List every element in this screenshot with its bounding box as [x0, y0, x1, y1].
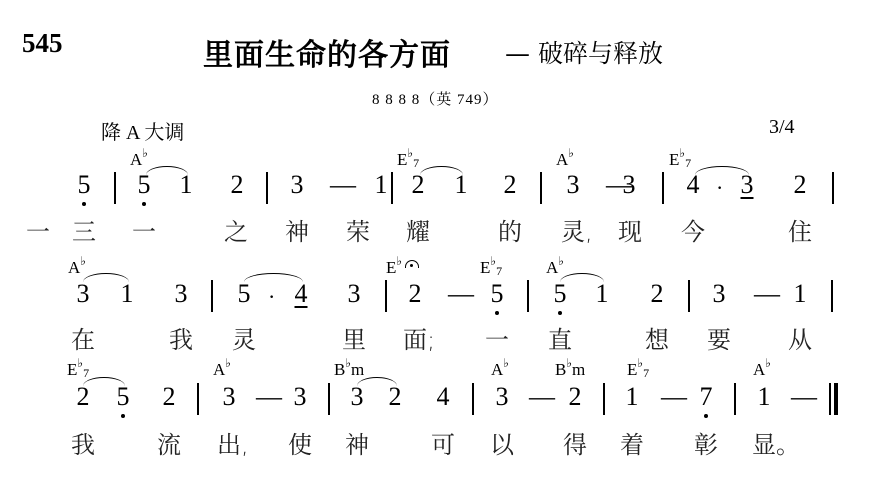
- chord-root: A: [68, 258, 80, 277]
- barline: [527, 280, 529, 312]
- chord-symbol: E♭7: [480, 254, 502, 279]
- lyric-syllable: 灵,: [561, 212, 593, 247]
- chord-extension: 7: [496, 264, 502, 278]
- note: 3: [344, 279, 364, 309]
- note: 4: [291, 279, 311, 309]
- note: 5: [550, 279, 570, 309]
- lyric-syllable: 神: [345, 425, 369, 460]
- final-barline-thin: [829, 383, 831, 415]
- note: 2: [227, 170, 247, 200]
- tie-slur: [146, 166, 188, 175]
- note: 4: [433, 382, 453, 412]
- barline: [540, 172, 542, 204]
- low-octave-dot: [121, 414, 125, 418]
- note: 3: [619, 170, 639, 200]
- chord-symbol: E♭7: [67, 356, 89, 381]
- barline: [831, 280, 833, 312]
- note: 2: [647, 279, 667, 309]
- flat-icon: ♭: [568, 146, 574, 160]
- chord-symbol: B♭m: [334, 356, 364, 380]
- lyric-syllable: 彰: [694, 425, 718, 460]
- note: 2: [790, 170, 810, 200]
- key-signature: 降 A 大调: [101, 116, 184, 145]
- lyric-syllable: 耀: [406, 212, 430, 247]
- flat-icon: ♭: [558, 254, 564, 268]
- hymn-number: 545: [22, 28, 63, 59]
- flat-icon: ♭: [225, 356, 231, 370]
- barline: [391, 172, 393, 204]
- lyric-syllable: 神: [285, 212, 309, 247]
- chord-root: B: [555, 360, 566, 379]
- lyric-syllable: 一: [132, 212, 156, 247]
- note: 7: [696, 382, 716, 412]
- augmentation-dot: ·: [268, 284, 275, 310]
- sustain-dash: —: [754, 279, 780, 309]
- chord-symbol: A♭: [546, 254, 564, 278]
- barline: [266, 172, 268, 204]
- chord-root: E: [397, 150, 407, 169]
- lyric-syllable: 我: [169, 320, 193, 355]
- lyric-syllable: 一: [26, 212, 50, 247]
- lyric-syllable: 想: [645, 320, 669, 355]
- note: 2: [500, 170, 520, 200]
- final-barline-thick: [834, 383, 838, 415]
- flat-icon: ♭: [80, 254, 86, 268]
- note: 3: [492, 382, 512, 412]
- hymn-title: 里面生命的各方面: [203, 30, 451, 74]
- sustain-dash: —: [791, 382, 817, 412]
- chord-symbol: A♭: [556, 146, 574, 170]
- tie-slur: [244, 273, 303, 282]
- note: 3: [171, 279, 191, 309]
- barline: [662, 172, 664, 204]
- low-octave-dot: [558, 311, 562, 315]
- barline: [472, 383, 474, 415]
- chord-extension: 7: [413, 156, 419, 170]
- lyric-syllable: 流: [157, 425, 181, 460]
- lyric-syllable: 以: [490, 425, 514, 460]
- note: 2: [565, 382, 585, 412]
- lyric-syllable: 着: [620, 425, 644, 460]
- chord-root: A: [546, 258, 558, 277]
- chord-symbol: E♭7: [669, 146, 691, 171]
- low-octave-dot: [704, 414, 708, 418]
- lyric-syllable: 显。: [752, 425, 800, 460]
- flat-icon: ♭: [503, 356, 509, 370]
- chord-root: E: [669, 150, 679, 169]
- barline: [328, 383, 330, 415]
- lyric-syllable: 三: [72, 212, 96, 247]
- chord-symbol: A♭: [130, 146, 148, 170]
- lyric-syllable: 之: [224, 212, 248, 247]
- chord-symbol: E♭7: [627, 356, 649, 381]
- note: 1: [790, 279, 810, 309]
- tie-slur: [357, 377, 397, 386]
- note: 3: [73, 279, 93, 309]
- lyric-syllable: 现: [618, 212, 642, 247]
- lyric-syllable: 灵: [232, 320, 256, 355]
- tie-slur: [83, 377, 125, 386]
- chord-extension: m: [351, 360, 364, 379]
- note: 3: [563, 170, 583, 200]
- chord-symbol: A♭: [753, 356, 771, 380]
- lyric-syllable: 我: [71, 425, 95, 460]
- flat-icon: ♭: [142, 146, 148, 160]
- lyric-syllable: 使: [288, 425, 312, 460]
- augmentation-dot: ·: [716, 175, 723, 201]
- chord-symbol: B♭m: [555, 356, 585, 380]
- note: 1: [622, 382, 642, 412]
- fermata-icon: [405, 260, 419, 268]
- chord-symbol: E♭7: [397, 146, 419, 171]
- flat-icon: ♭: [396, 254, 402, 268]
- chord-root: A: [130, 150, 142, 169]
- lyric-syllable: 出,: [217, 425, 249, 460]
- barline: [197, 383, 199, 415]
- barline: [603, 383, 605, 415]
- chord-root: E: [627, 360, 637, 379]
- chord-root: A: [753, 360, 765, 379]
- chord-extension: 7: [643, 366, 649, 380]
- barline: [114, 172, 116, 204]
- chord-extension: m: [572, 360, 585, 379]
- lyric-syllable: 从: [788, 320, 812, 355]
- lyric-syllable: 在: [71, 320, 95, 355]
- chord-root: A: [556, 150, 568, 169]
- note: 5: [234, 279, 254, 309]
- time-signature: 3/4: [769, 116, 795, 139]
- lyric-syllable: 住: [788, 212, 812, 247]
- note: 2: [385, 382, 405, 412]
- meter-label: 8 8 8 8（英 749）: [372, 88, 499, 109]
- note: 3: [290, 382, 310, 412]
- chord-root: E: [386, 258, 396, 277]
- sustain-dash: —: [529, 382, 555, 412]
- note: 3: [347, 382, 367, 412]
- note: 1: [754, 382, 774, 412]
- note: 2: [405, 279, 425, 309]
- lyric-syllable: 要: [707, 320, 731, 355]
- chord-extension: 7: [83, 366, 89, 380]
- lyric-syllable: 的: [498, 212, 522, 247]
- note: 5: [113, 382, 133, 412]
- sustain-dash: —: [661, 382, 687, 412]
- note: 1: [592, 279, 612, 309]
- low-octave-dot: [82, 202, 86, 206]
- barline: [385, 280, 387, 312]
- barline: [211, 280, 213, 312]
- flat-icon: ♭: [765, 356, 771, 370]
- note: 3: [219, 382, 239, 412]
- lyric-syllable: 荣: [346, 212, 370, 247]
- lyric-syllable: 里: [342, 320, 366, 355]
- note: 2: [73, 382, 93, 412]
- note: 5: [74, 170, 94, 200]
- chord-root: A: [491, 360, 503, 379]
- chord-symbol: E♭: [386, 254, 402, 278]
- note: 5: [487, 279, 507, 309]
- low-octave-dot: [142, 202, 146, 206]
- sustain-dash: —: [256, 382, 282, 412]
- tie-slur: [420, 166, 463, 175]
- low-octave-dot: [495, 311, 499, 315]
- sustain-dash: —: [448, 279, 474, 309]
- lyric-syllable: 一: [485, 320, 509, 355]
- note: 3: [709, 279, 729, 309]
- lyric-syllable: 可: [431, 425, 455, 460]
- tie-slur: [560, 273, 604, 282]
- chord-root: A: [213, 360, 225, 379]
- barline: [688, 280, 690, 312]
- barline: [734, 383, 736, 415]
- chord-root: B: [334, 360, 345, 379]
- chord-symbol: A♭: [491, 356, 509, 380]
- sustain-dash: —: [330, 170, 356, 200]
- chord-root: E: [67, 360, 77, 379]
- lyric-syllable: 得: [563, 425, 587, 460]
- lyric-syllable: 面;: [403, 320, 435, 355]
- note: 2: [159, 382, 179, 412]
- chord-root: E: [480, 258, 490, 277]
- tie-slur: [83, 273, 129, 282]
- barline: [832, 172, 834, 204]
- chord-symbol: A♭: [68, 254, 86, 278]
- lyric-syllable: 直: [548, 320, 572, 355]
- chord-extension: 7: [685, 156, 691, 170]
- tie-slur: [695, 166, 749, 175]
- note: 1: [371, 170, 391, 200]
- hymn-subtitle: — 破碎与释放: [505, 34, 663, 70]
- lyric-syllable: 今: [681, 212, 705, 247]
- note: 1: [117, 279, 137, 309]
- chord-symbol: A♭: [213, 356, 231, 380]
- note: 3: [287, 170, 307, 200]
